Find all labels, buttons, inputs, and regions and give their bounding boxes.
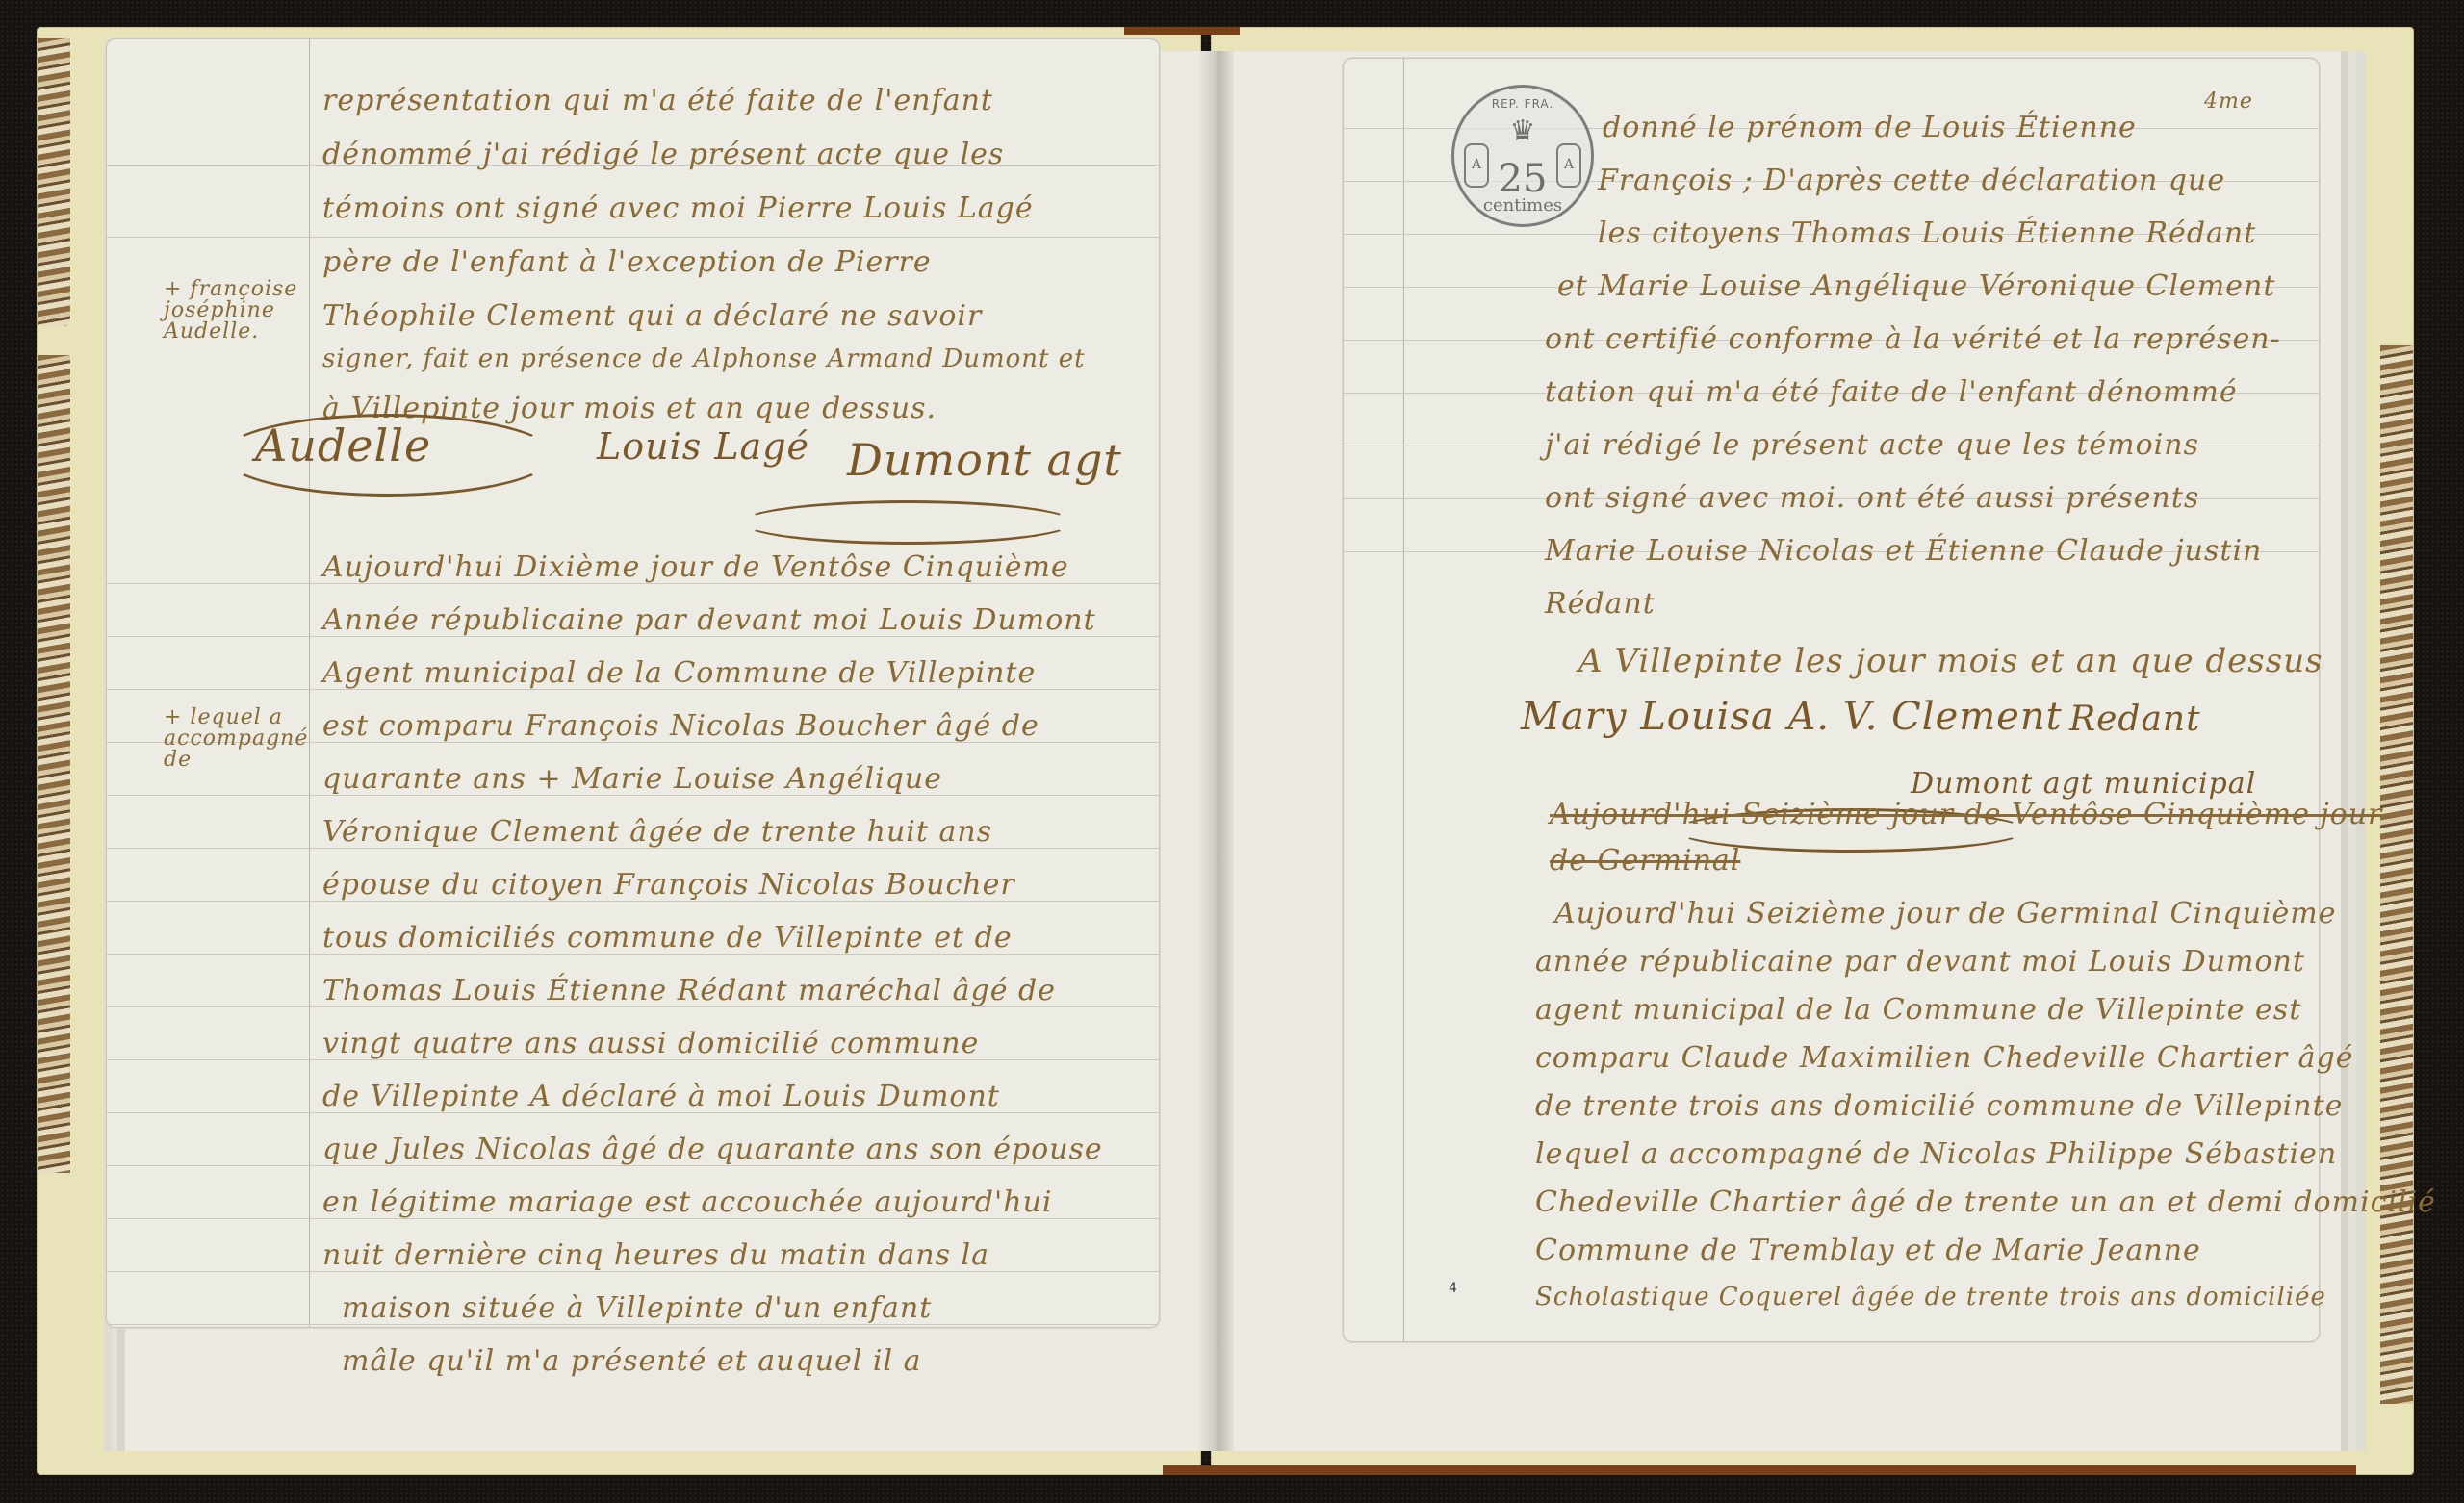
text-line: les citoyens Thomas Louis Étienne Rédant bbox=[1598, 219, 2256, 248]
text-line: Chedeville Chartier âgé de trente un an … bbox=[1535, 1188, 2436, 1217]
text-line: tous domiciliés commune de Villepinte et… bbox=[322, 924, 1013, 953]
text-line: donné le prénom de Louis Étienne bbox=[1603, 114, 2137, 142]
struck-text-line: Aujourd'hui Seizième jour de Ventôse Cin… bbox=[1550, 801, 2382, 829]
text-line: Thomas Louis Étienne Rédant maréchal âgé… bbox=[322, 977, 1056, 1006]
text-line: Marie Louise Nicolas et Étienne Claude j… bbox=[1545, 537, 2262, 566]
text-line: de Villepinte A déclaré à moi Louis Dumo… bbox=[322, 1083, 1000, 1111]
text-line: père de l'enfant à l'exception de Pierre bbox=[322, 248, 932, 277]
book-gutter bbox=[1199, 51, 1234, 1451]
margin-note: + françoise joséphine Audelle. bbox=[164, 279, 308, 343]
struck-text-line: de Germinal bbox=[1550, 847, 1740, 876]
stamp-legend: REP. FRA. bbox=[1454, 97, 1591, 111]
text-line: épouse du citoyen François Nicolas Bouch… bbox=[322, 871, 1015, 900]
signature: Dumont agt bbox=[847, 438, 1122, 482]
signature: Louis Lagé bbox=[597, 428, 809, 465]
text-line: j'ai rédigé le présent acte que les témo… bbox=[1545, 431, 2199, 460]
signature: Mary Louisa A. V. Clement bbox=[1521, 698, 2063, 736]
signature: Dumont agt municipal bbox=[1911, 770, 2256, 799]
signature: Redant bbox=[2069, 702, 2201, 737]
text-line: Année républicaine par devant moi Louis … bbox=[322, 606, 1096, 635]
margin-note: + lequel a accompagné de bbox=[164, 707, 308, 771]
marbled-edge bbox=[38, 38, 70, 326]
text-line: dénommé j'ai rédigé le présent acte que … bbox=[322, 140, 1004, 169]
signature-flourish bbox=[221, 414, 554, 497]
marbled-edge bbox=[2380, 345, 2413, 1404]
text-line: ont certifié conforme à la vérité et la … bbox=[1545, 325, 2281, 354]
text-line: Véronique Clement âgée de trente huit an… bbox=[322, 818, 992, 847]
text-line: mâle qu'il m'a présenté et auquel il a bbox=[342, 1347, 922, 1376]
text-line: tation qui m'a été faite de l'enfant dén… bbox=[1545, 378, 2238, 407]
spine-top bbox=[1124, 27, 1240, 35]
signature-flourish bbox=[741, 500, 1074, 545]
revenue-stamp: REP. FRA. ♛ A A 25 centimes bbox=[1451, 85, 1594, 227]
text-line: année républicaine par devant moi Louis … bbox=[1535, 948, 2305, 977]
text-line: Rédant bbox=[1545, 590, 1655, 619]
text-line: en légitime mariage est accouchée aujour… bbox=[322, 1188, 1053, 1217]
text-line: A Villepinte les jour mois et an que des… bbox=[1578, 645, 2323, 677]
text-line: Scholastique Coquerel âgée de trente tro… bbox=[1535, 1285, 2326, 1310]
text-line: nuit dernière cinq heures du matin dans … bbox=[322, 1241, 989, 1270]
text-line: Agent municipal de la Commune de Villepi… bbox=[322, 659, 1036, 688]
text-line: Aujourd'hui Dixième jour de Ventôse Cinq… bbox=[322, 553, 1069, 582]
text-line: Commune de Tremblay et de Marie Jeanne bbox=[1535, 1236, 2201, 1265]
text-line: signer, fait en présence de Alphonse Arm… bbox=[322, 346, 1086, 371]
text-line: lequel a accompagné de Nicolas Philippe … bbox=[1535, 1140, 2337, 1169]
text-line: maison située à Villepinte d'un enfant bbox=[342, 1294, 932, 1323]
text-line: que Jules Nicolas âgé de quarante ans so… bbox=[322, 1135, 1103, 1164]
text-line: et Marie Louise Angélique Véronique Clem… bbox=[1557, 272, 2275, 301]
text-line: ont signé avec moi. ont été aussi présen… bbox=[1545, 484, 2199, 513]
text-line: Aujourd'hui Seizième jour de Germinal Ci… bbox=[1554, 900, 2336, 929]
spine-bottom bbox=[1163, 1465, 2356, 1475]
text-line: vingt quatre ans aussi domicilié commune bbox=[322, 1030, 979, 1058]
text-line: quarante ans + Marie Louise Angélique bbox=[322, 765, 942, 794]
page-number: 4 bbox=[1449, 1281, 1457, 1296]
text-line: comparu Claude Maximilien Chedeville Cha… bbox=[1535, 1044, 2353, 1073]
margin-line bbox=[309, 39, 310, 1327]
marbled-edge bbox=[38, 355, 70, 1173]
stamp-unit: centimes bbox=[1454, 195, 1591, 216]
text-line: Théophile Clement qui a déclaré ne savoi… bbox=[322, 302, 982, 331]
text-line: est comparu François Nicolas Boucher âgé… bbox=[322, 712, 1039, 741]
corner-note: 4me bbox=[2204, 91, 2253, 113]
text-line: témoins ont signé avec moi Pierre Louis … bbox=[322, 194, 1034, 223]
text-line: de trente trois ans domicilié commune de… bbox=[1535, 1092, 2343, 1121]
text-line: représentation qui m'a été faite de l'en… bbox=[322, 87, 993, 115]
margin-line bbox=[1403, 59, 1404, 1341]
text-line: agent municipal de la Commune de Villepi… bbox=[1535, 996, 2301, 1025]
text-line: François ; D'après cette déclaration que bbox=[1598, 166, 2225, 195]
